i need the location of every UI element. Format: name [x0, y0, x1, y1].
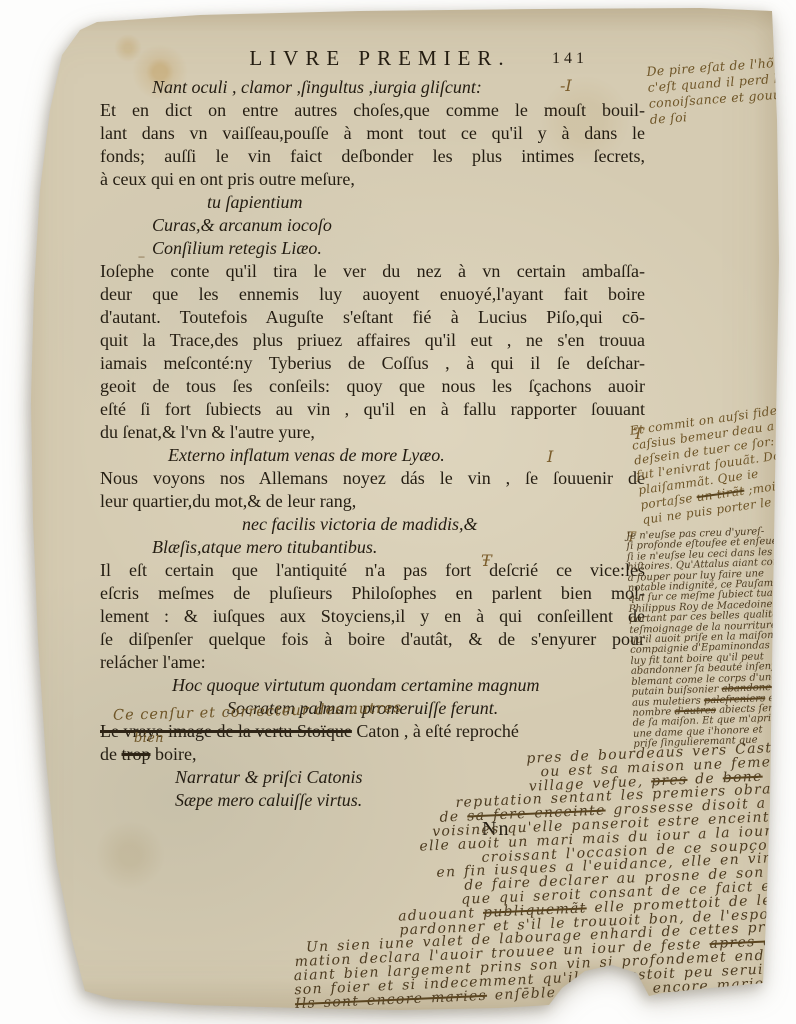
verse-line: Conſilium retegis Liæo. [100, 237, 645, 260]
text-line: Il eſt certain que l'antiquité n'a pas f… [100, 559, 645, 582]
margin-note-histoires: Je n'euſse pas creu d'yureſ-ſi profonde … [626, 526, 796, 751]
printed-text: Caton , à eſté reproché [352, 721, 519, 741]
verse-line: Hoc quoque virtutum quondam certamine ma… [100, 674, 645, 697]
verse-line: Blæſis,atque mero titubantibus. [100, 536, 645, 559]
insertion-mark-icon: Ŧ [481, 551, 492, 570]
text-line: d'autant. Toutefois Auguſte s'eſtant fié… [100, 306, 645, 329]
verse-line: Externo inflatum venas de more Lyæo. [100, 444, 645, 467]
text-line: relácher l'ame: [100, 651, 645, 674]
printed-paragraph-antiquite: Il eſt certain que l'antiquité n'a pas f… [100, 559, 645, 674]
struck-printed-text: trop [122, 744, 151, 764]
latin-verse-madidis: nec facilis victoria de madidis,&Blæſis,… [100, 513, 645, 559]
text-line: leur quartier,du mot,& de leur rang, [100, 490, 645, 513]
text-line: eſcris meſmes de pluſieurs Philoſophes e… [100, 582, 645, 605]
margin-note-dame: pres de bourdeaus vers Castresou est sa … [284, 741, 796, 1012]
verse-line: tu ſapientium [100, 191, 645, 214]
page-number: 141 [552, 50, 588, 68]
page-shadow: LIVRE PREMIER. 141 Nant oculi , clamor ,… [0, 0, 796, 1024]
latin-verse-externo: Externo inflatum venas de more Lyæo. [100, 444, 645, 467]
text-line: Et en dict on entre autres choſes,que co… [100, 99, 645, 122]
text-line: lant dans vn vaiſſeau,pouſſe à mont tout… [100, 122, 645, 145]
verse-line: nec facilis victoria de madidis,& [100, 513, 645, 536]
printed-text: de [100, 744, 122, 764]
text-line: fonds; auſſi le vin faict deſbonder les … [100, 145, 645, 168]
text-line: lement : & iuſques aux Stoyciens,il y en… [100, 605, 645, 628]
text-line: à ceux qui en ont pris outre meſure, [100, 168, 645, 191]
text-line: du ſenat,& l'vn & l'autre yure, [100, 421, 645, 444]
text-line: geoit de tous ſes conſeils: quoy que nou… [100, 375, 645, 398]
text-line: deur que les ennemis luy auoyent enuoyé,… [100, 283, 645, 306]
margin-note-cassius: Et commit on auſsi fidelemãtcaſsius beme… [629, 400, 796, 528]
latin-verse-sapientium: tu ſapientiumCuras,& arcanum iocoſoConſi… [100, 191, 645, 260]
insertion-mark-icon: I [547, 447, 553, 466]
text-line: eſté ſi fort ſubiects au vin , qu'il en … [100, 398, 645, 421]
margin-dash-icon: -- [138, 249, 144, 264]
margin-note-pire-estat: De pire eſat de l'hõc'eſt quand il perd … [646, 52, 796, 127]
printed-paragraph-iosephe: Ioſephe conte qu'il tira le ver du nez à… [100, 260, 645, 444]
verse-line: Curas,& arcanum iocoſo [100, 214, 645, 237]
text-line: Ioſephe conte qu'il tira le ver du nez à… [100, 260, 645, 283]
text-line: ſe diſpenſer quelque fois à boire d'autâ… [100, 628, 645, 651]
printed-paragraph-moust: Et en dict on entre autres choſes,que co… [100, 99, 645, 191]
printed-paragraph-allemans: Nous voyons nos Allemans noyez dás le vi… [100, 467, 645, 513]
insertion-mark-icon: -I [560, 76, 572, 95]
book-page: LIVRE PREMIER. 141 Nant oculi , clamor ,… [0, 0, 796, 1024]
text-line: Nous voyons nos Allemans noyez dás le vi… [100, 467, 645, 490]
text-line: iamais meſconté:ny Tyberius de Coſſus , … [100, 352, 645, 375]
interlinear-correction-bien: bien [134, 731, 164, 746]
corrected-line-caton: Le vraye image de la vertu Stoïque Caton… [100, 720, 645, 743]
photo-background: LIVRE PREMIER. 141 Nant oculi , clamor ,… [0, 0, 796, 1024]
text-line: quit la Trace,des plus priuez affaires q… [100, 329, 645, 352]
printed-text: boire, [151, 744, 197, 764]
